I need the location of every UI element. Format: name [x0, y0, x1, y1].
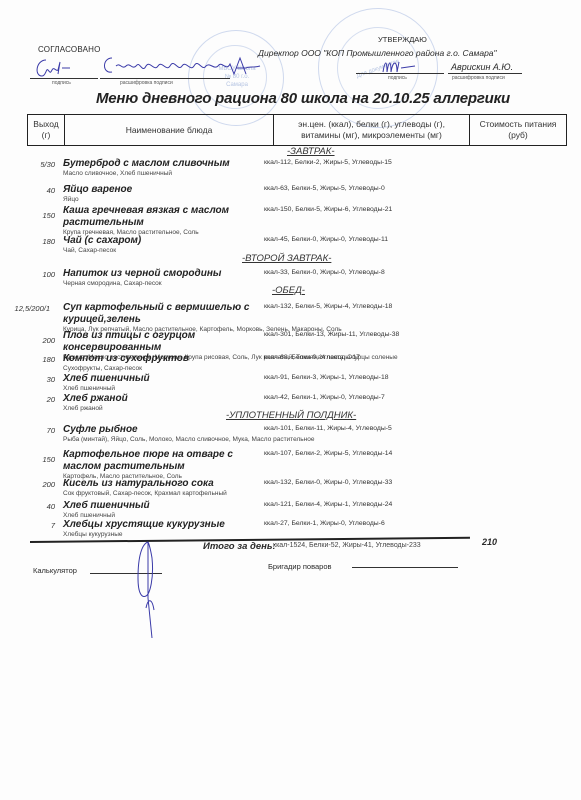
calculator-label: Калькулятор [33, 566, 77, 575]
item-output: 180 [0, 355, 55, 364]
approved-signature-caption: подпись [52, 80, 71, 86]
table-header: Выход (г) Наименование блюда эн.цен. (кк… [27, 114, 567, 146]
dish-ingredients: Сухофрукты, Сахар-песок [63, 365, 142, 372]
director-signature-line [356, 73, 444, 74]
column-header-name: Наименование блюда [65, 115, 274, 145]
dish-nutrition: ккал-121, Белки-4, Жиры-1, Углеводы-24 [264, 501, 392, 508]
item-output: 100 [0, 270, 55, 279]
section-title: -ВТОРОЙ ЗАВТРАК- [242, 253, 331, 264]
dish-nutrition: ккал-112, Белки-2, Жиры-5, Углеводы-15 [264, 159, 392, 166]
director-name-line [448, 73, 522, 74]
dish-nutrition: ккал-107, Белки-2, Жиры-5, Углеводы-14 [264, 450, 392, 457]
section-title: -ЗАВТРАК- [287, 146, 335, 157]
brigadier-label: Бригадир поваров [268, 562, 331, 571]
dish-name: Картофельное пюре на отваре с маслом рас… [63, 449, 258, 473]
approved-name-caption: расшифровка подписи [120, 80, 173, 86]
dish-ingredients: Чай, Сахар-песок [63, 247, 116, 254]
item-output: 40 [0, 502, 55, 511]
item-output: 12,5/200/1 [0, 303, 50, 314]
item-output: 30 [0, 375, 55, 384]
dish-name: Суп картофельный с вермишелью с курицей,… [63, 302, 258, 326]
dish-name: Каша гречневая вязкая с маслом раститель… [63, 205, 258, 229]
item-output: 7 [0, 521, 55, 530]
dish-nutrition: ккал-68, Белки-0, Углеводы-17 [264, 354, 360, 361]
approved-label: СОГЛАСОВАНО [38, 45, 101, 54]
item-output: 200 [0, 480, 55, 489]
item-output: 200 [0, 336, 55, 345]
dish-ingredients: Хлеб пшеничный [63, 385, 115, 392]
dish-ingredients: Черная смородина, Сахар-песок [63, 280, 162, 287]
director-name-caption: расшифровка подписи [452, 75, 505, 81]
total-label: Итого за день: [203, 541, 276, 552]
dish-nutrition: ккал-63, Белки-5, Жиры-5, Углеводы-0 [264, 185, 385, 192]
director-signature-caption: подпись [388, 75, 407, 81]
section-title: -УПЛОТНЕННЫЙ ПОЛДНИК- [226, 410, 356, 421]
approved-name-handwritten [100, 52, 270, 80]
dish-nutrition: ккал-132, Белки-0, Жиры-0, Углеводы-33 [264, 479, 392, 486]
dish-nutrition: ккал-101, Белки-11, Жиры-4, Углеводы-5 [264, 425, 392, 432]
dish-nutrition: ккал-91, Белки-3, Жиры-1, Углеводы-18 [264, 374, 389, 381]
dish-nutrition: ккал-33, Белки-0, Жиры-0, Углеводы-8 [264, 269, 385, 276]
dish-nutrition: ккал-45, Белки-0, Жиры-0, Углеводы-11 [264, 236, 388, 243]
item-output: 150 [0, 211, 55, 220]
item-output: 180 [0, 237, 55, 246]
item-output: 20 [0, 395, 55, 404]
dish-ingredients: Хлеб пшеничный [63, 512, 115, 519]
dish-ingredients: Яйцо [63, 196, 79, 203]
approved-signature-line [30, 78, 98, 79]
dish-ingredients: Хлебцы кукурузные [63, 531, 123, 538]
dish-ingredients: Сок фруктовый, Сахар-песок, Крахмал карт… [63, 490, 227, 497]
calculator-signature [128, 538, 178, 648]
dish-name: Плов из птицы с огурцом консервированным [63, 330, 258, 354]
dish-nutrition: ккал-27, Белки-1, Жиры-0, Углеводы-6 [264, 520, 385, 527]
column-header-output: Выход (г) [28, 115, 65, 145]
item-output: 150 [0, 455, 55, 464]
column-header-cost: Стоимость питания (руб) [470, 115, 566, 145]
page-title: Меню дневного рациона 80 школа на 20.10.… [96, 90, 510, 107]
dish-nutrition: ккал-150, Белки-5, Жиры-6, Углеводы-21 [264, 206, 392, 213]
brigadier-signature-line [352, 567, 458, 568]
director-name: Аврискин А.Ю. [451, 62, 513, 72]
dish-ingredients: Рыба (минтай), Яйцо, Соль, Молоко, Масло… [63, 436, 315, 443]
dish-nutrition: ккал-132, Белки-5, Жиры-4, Углеводы-18 [264, 303, 392, 310]
item-output: 70 [0, 426, 55, 435]
total-cost: 210 [482, 537, 497, 547]
dish-nutrition: ккал-42, Белки-1, Жиры-0, Углеводы-7 [264, 394, 385, 401]
item-output: 5/30 [0, 160, 55, 169]
section-title: -ОБЕД- [272, 285, 305, 296]
dish-ingredients: Хлеб ржаной [63, 405, 103, 412]
column-header-nutrition: эн.цен. (ккал), белки (г), углеводы (г),… [274, 115, 470, 145]
item-output: 40 [0, 186, 55, 195]
total-value: ккал-1524, Белки-52, Жиры-41, Углеводы-2… [273, 542, 421, 549]
approve-label: УТВЕРЖДАЮ [378, 35, 427, 44]
approved-name-line [100, 78, 230, 79]
dish-ingredients: Масло сливочное, Хлеб пшеничный [63, 170, 172, 177]
dish-nutrition: ккал-301, Белки-13, Жиры-11, Углеводы-38 [264, 331, 399, 338]
